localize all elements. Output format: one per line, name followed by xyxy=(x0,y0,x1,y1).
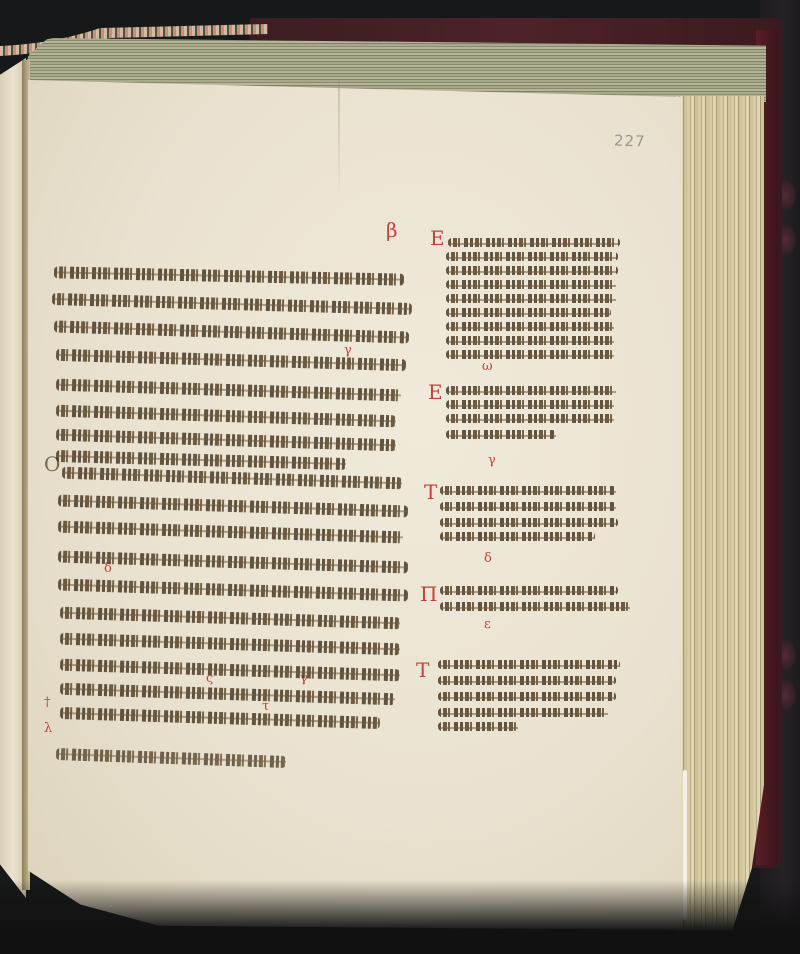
commentary-line xyxy=(440,532,595,541)
rubric-mark: γ xyxy=(344,344,352,357)
commentary-line xyxy=(440,602,630,611)
commentary-line xyxy=(446,336,614,345)
margin-mark: † xyxy=(44,696,51,709)
commentary-line xyxy=(438,660,620,669)
commentary-line xyxy=(440,502,616,511)
fore-edge-pages xyxy=(676,96,764,936)
commentary-line xyxy=(438,722,518,731)
commentary-line xyxy=(446,386,616,395)
commentary-line xyxy=(448,238,620,247)
commentary-line xyxy=(446,280,616,289)
rubric-initial: Π xyxy=(420,584,437,604)
rubric-marker: γ xyxy=(488,454,496,467)
commentary-line xyxy=(440,486,616,495)
commentary-line xyxy=(438,708,608,717)
rubric-initial: Τ xyxy=(416,660,429,680)
bottom-shadow xyxy=(0,880,800,954)
commentary-line xyxy=(440,586,618,595)
rubric-initial: Ε xyxy=(428,382,443,402)
commentary-line xyxy=(438,676,616,685)
commentary-line xyxy=(446,400,614,409)
folio-number: 227 xyxy=(614,131,646,150)
commentary-line xyxy=(446,414,614,423)
rubric-marker: β xyxy=(386,220,398,240)
commentary-line xyxy=(446,322,614,331)
rubric-marker: ε xyxy=(484,618,491,631)
commentary-line xyxy=(446,350,614,359)
rubric-initial: Τ xyxy=(424,482,437,502)
commentary-line xyxy=(438,692,616,701)
commentary-line xyxy=(446,308,611,317)
commentary-line xyxy=(446,430,556,439)
commentary-line xyxy=(446,252,618,261)
commentary-line xyxy=(446,294,616,303)
rubric-initial: Ε xyxy=(430,228,445,248)
rubric-mark: τ xyxy=(262,700,269,713)
rubric-marker: δ xyxy=(484,552,492,565)
page-fold xyxy=(338,80,340,200)
margin-mark: λ xyxy=(44,722,52,735)
commentary-line xyxy=(440,518,618,527)
commentary-line xyxy=(446,266,618,275)
manuscript-photo: 227 β Ε ω Ε γ Τ δ Π ε Τ Ο γ δ ς γ τ † λ xyxy=(0,0,800,954)
rubric-marker: ω xyxy=(482,360,493,373)
